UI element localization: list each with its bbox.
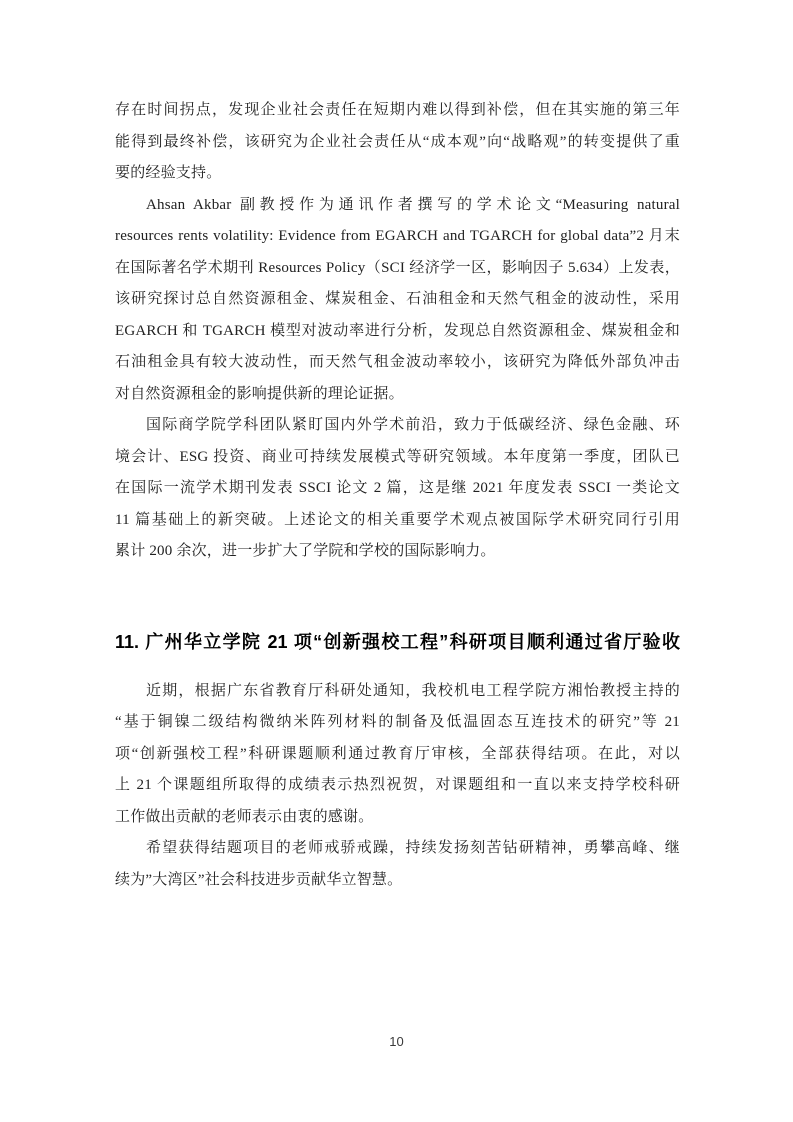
paragraph-group-before-heading: 存在时间拐点，发现企业社会责任在短期内难以得到补偿，但在其实施的第三年能得到最终… (115, 95, 680, 568)
text-line: 项“创新强校工程”科研课题顺利通过教育厅审核，全部获得结项。在此，对以 (115, 739, 680, 771)
text-line: 对自然资源租金的影响提供新的理论证据。 (115, 379, 680, 411)
text-line: 能得到最终补偿，该研究为企业社会责任从“成本观”向“战略观”的转变提供了重 (115, 127, 680, 159)
text-line: 在国际著名学术期刊 Resources Policy（SCI 经济学一区，影响因… (115, 253, 680, 285)
page-content: 存在时间拐点，发现企业社会责任在短期内难以得到补偿，但在其实施的第三年能得到最终… (115, 95, 680, 896)
text-line: 希望获得结题项目的老师戒骄戒躁，持续发扬刻苦钻研精神，勇攀高峰、继 (115, 833, 680, 865)
text-line: 工作做出贡献的老师表示由衷的感谢。 (115, 802, 680, 834)
text-line: 近期，根据广东省教育厅科研处通知，我校机电工程学院方湘怡教授主持的 (115, 676, 680, 708)
text-line: 在国际一流学术期刊发表 SSCI 论文 2 篇，这是继 2021 年度发表 SS… (115, 473, 680, 505)
text-line: 境会计、ESG 投资、商业可持续发展模式等研究领域。本年度第一季度，团队已 (115, 442, 680, 474)
text-line: EGARCH 和 TGARCH 模型对波动率进行分析，发现总自然资源租金、煤炭租… (115, 316, 680, 348)
paragraph: Ahsan Akbar 副教授作为通讯作者撰写的学术论文“Measuring n… (115, 190, 680, 411)
paragraph-group-after-heading: 近期，根据广东省教育厅科研处通知，我校机电工程学院方湘怡教授主持的“基于铜镍二级… (115, 676, 680, 897)
text-line: 国际商学院学科团队紧盯国内外学术前沿，致力于低碳经济、绿色金融、环 (115, 410, 680, 442)
text-line: 存在时间拐点，发现企业社会责任在短期内难以得到补偿，但在其实施的第三年 (115, 95, 680, 127)
text-line: 要的经验支持。 (115, 158, 680, 190)
document-page: 存在时间拐点，发现企业社会责任在短期内难以得到补偿，但在其实施的第三年能得到最终… (0, 0, 793, 1122)
paragraph: 希望获得结题项目的老师戒骄戒躁，持续发扬刻苦钻研精神，勇攀高峰、继续为”大湾区”… (115, 833, 680, 896)
text-line: 该研究探讨总自然资源租金、煤炭租金、石油租金和天然气租金的波动性，采用 (115, 284, 680, 316)
section-heading: 11. 广州华立学院 21 项“创新强校工程”科研项目顺利通过省厅验收 (115, 626, 680, 658)
text-line: 上 21 个课题组所取得的成绩表示热烈祝贺，对课题组和一直以来支持学校科研 (115, 770, 680, 802)
paragraph: 存在时间拐点，发现企业社会责任在短期内难以得到补偿，但在其实施的第三年能得到最终… (115, 95, 680, 190)
text-line: 石油租金具有较大波动性，而天然气租金波动率较小，该研究为降低外部负冲击 (115, 347, 680, 379)
text-line: Ahsan Akbar 副教授作为通讯作者撰写的学术论文“Measuring n… (115, 190, 680, 222)
text-line: resources rents volatility: Evidence fro… (115, 221, 680, 253)
text-line: “基于铜镍二级结构微纳米阵列材料的制备及低温固态互连技术的研究”等 21 (115, 707, 680, 739)
paragraph: 近期，根据广东省教育厅科研处通知，我校机电工程学院方湘怡教授主持的“基于铜镍二级… (115, 676, 680, 834)
text-line: 续为”大湾区”社会科技进步贡献华立智慧。 (115, 865, 680, 897)
page-number: 10 (0, 1034, 793, 1049)
paragraph: 国际商学院学科团队紧盯国内外学术前沿，致力于低碳经济、绿色金融、环境会计、ESG… (115, 410, 680, 568)
text-line: 累计 200 余次，进一步扩大了学院和学校的国际影响力。 (115, 536, 680, 568)
text-line: 11 篇基础上的新突破。上述论文的相关重要学术观点被国际学术研究同行引用 (115, 505, 680, 537)
